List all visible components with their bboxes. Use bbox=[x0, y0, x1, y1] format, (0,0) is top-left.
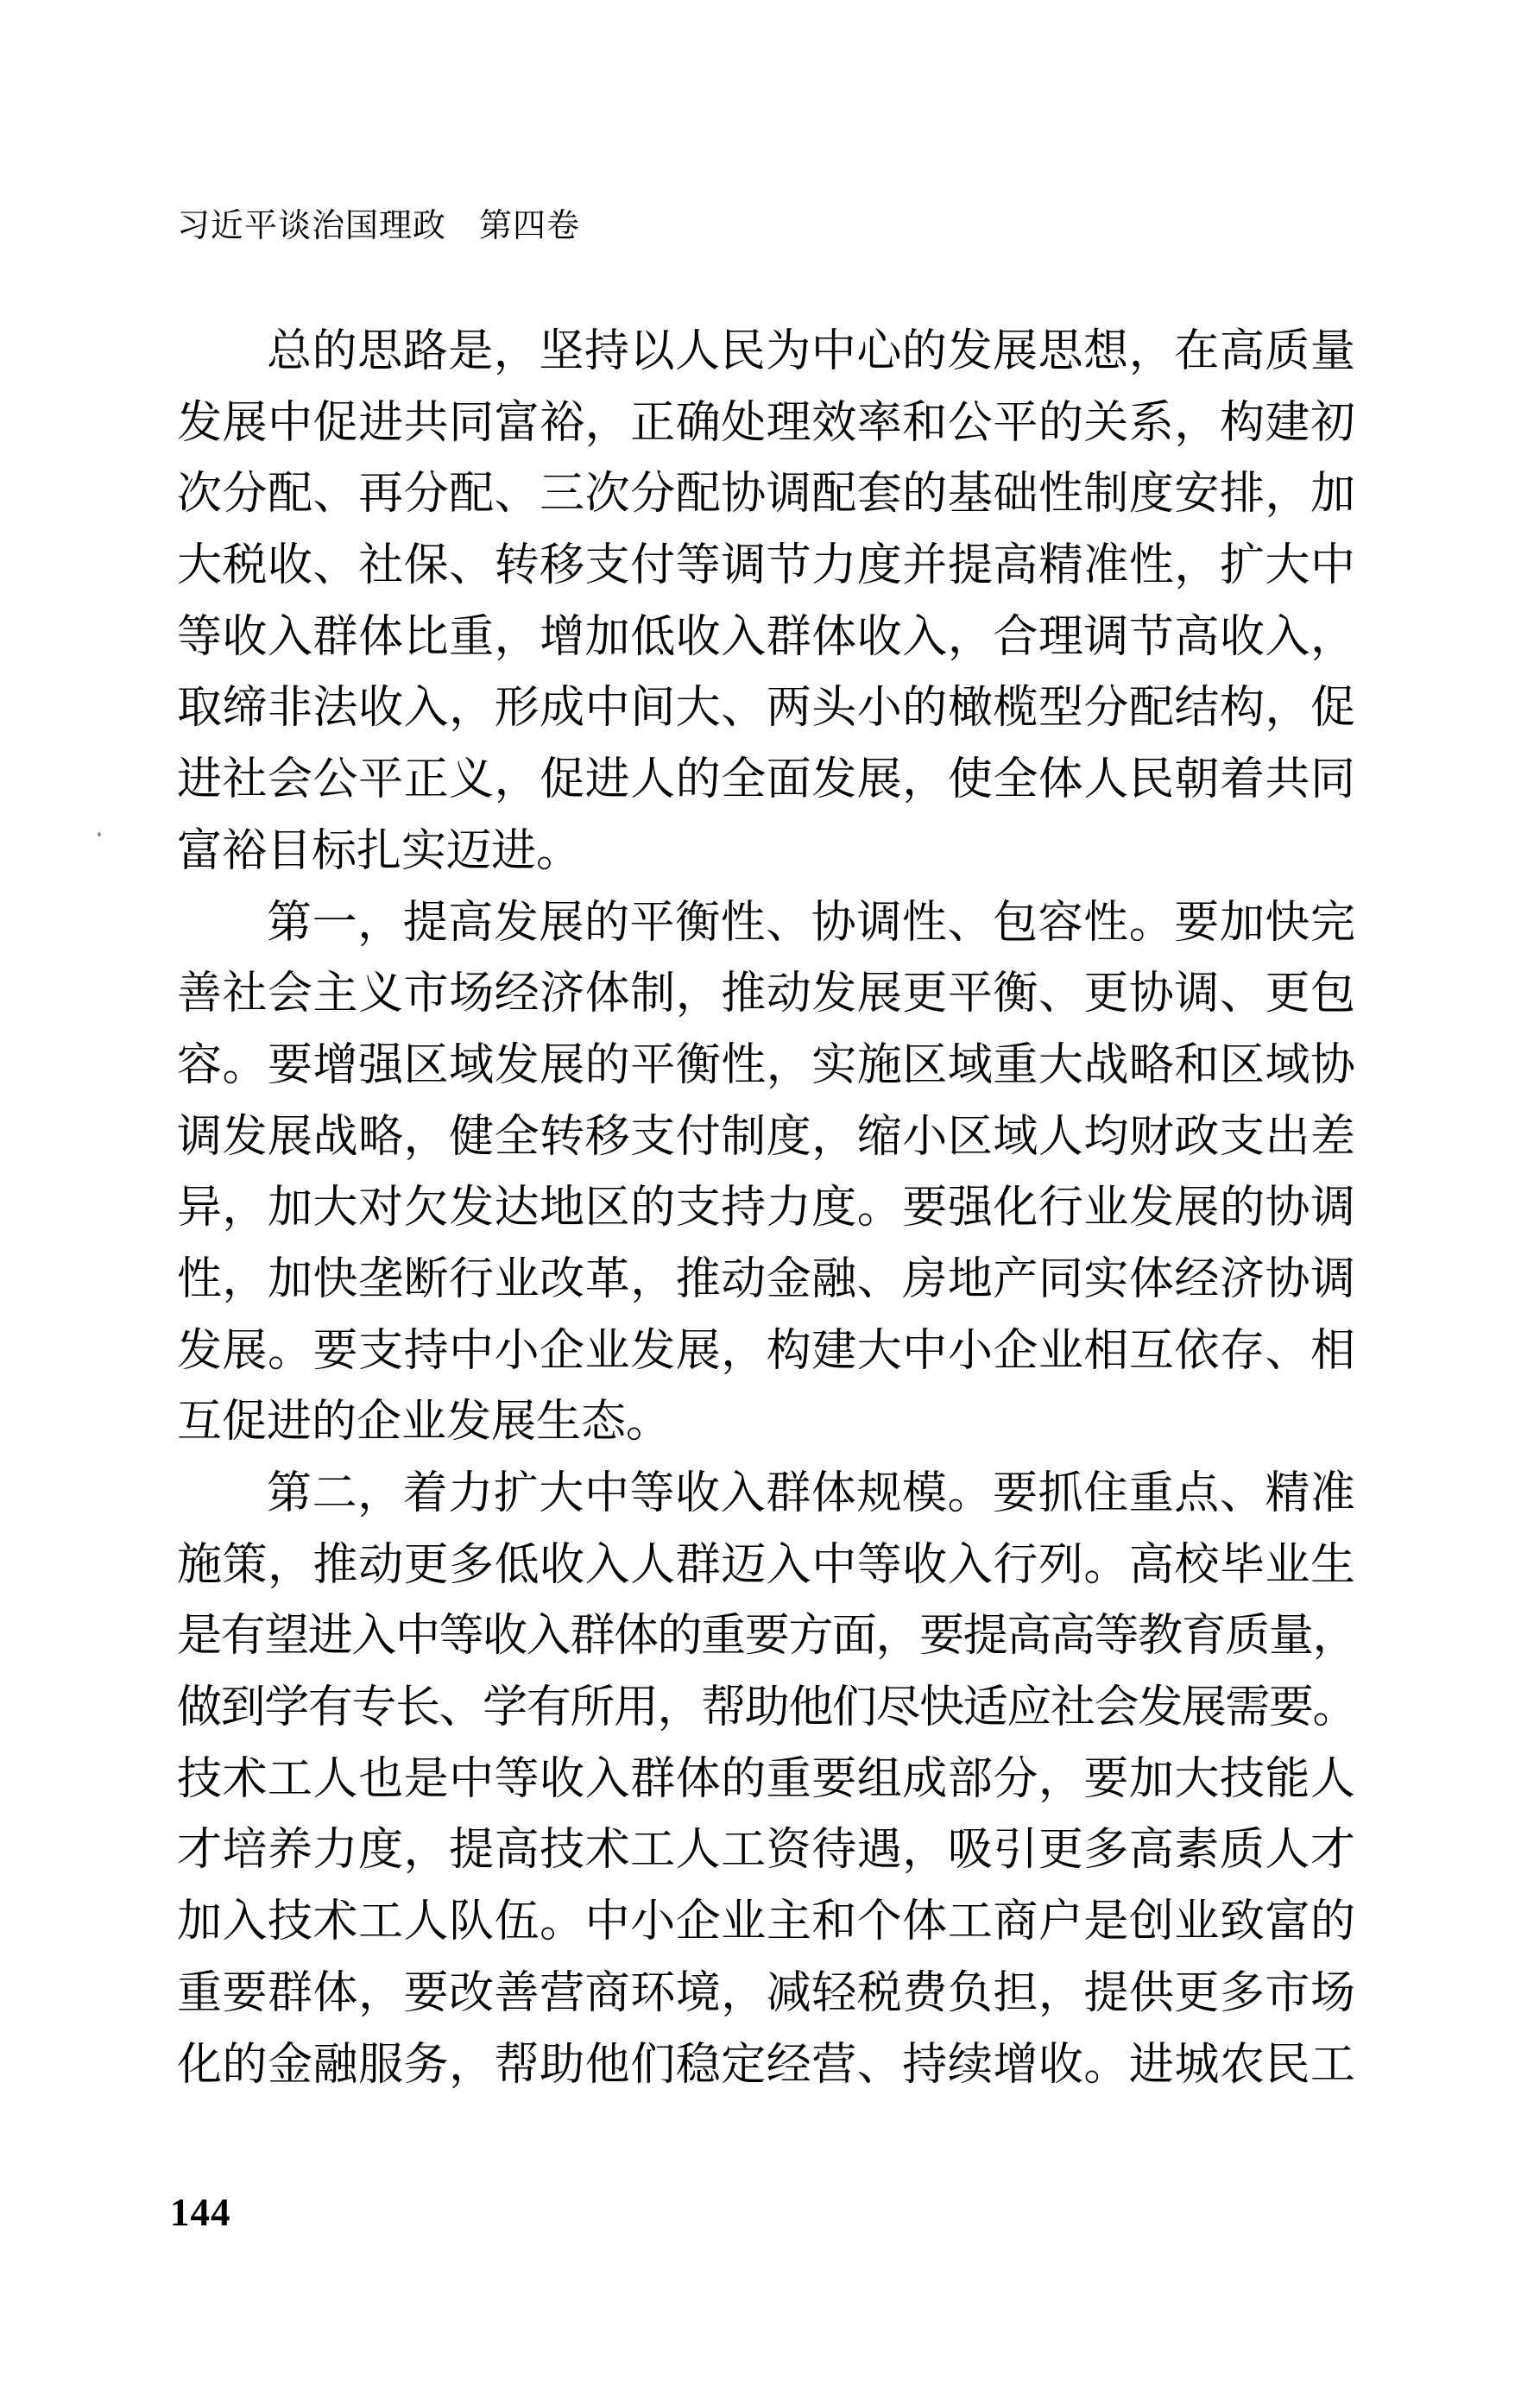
text-line: 技术工人也是中等收入群体的重要组成部分，要加大技能人 bbox=[177, 1745, 1355, 1816]
text-line: 善社会主义市场经济体制，推动发展更平衡、更协调、更包 bbox=[177, 959, 1355, 1031]
text-line: 进社会公平正义，促进人的全面发展，使全体人民朝着共同 bbox=[177, 745, 1355, 817]
text-line: 容。要增强区域发展的平衡性，实施区域重大战略和区域协 bbox=[177, 1031, 1355, 1102]
text-line: 化的金融服务，帮助他们稳定经营、持续增收。进城农民工 bbox=[177, 2030, 1355, 2102]
text-line: 性，加快垄断行业改革，推动金融、房地产同实体经济协调 bbox=[177, 1245, 1355, 1316]
text-line: 次分配、再分配、三次分配协调配套的基础性制度安排，加 bbox=[177, 459, 1355, 531]
body-text: 总的思路是，坚持以人民为中心的发展思想，在高质量发展中促进共同富裕，正确处理效率… bbox=[177, 317, 1355, 2101]
volume-label: 第四卷 bbox=[479, 207, 580, 245]
text-line: 第一，提高发展的平衡性、协调性、包容性。要加快完 bbox=[177, 888, 1355, 960]
text-line: 第二，着力扩大中等收入群体规模。要抓住重点、精准 bbox=[177, 1459, 1355, 1531]
text-line: 取缔非法收入，形成中间大、两头小的橄榄型分配结构，促 bbox=[177, 673, 1355, 745]
text-line: 做到学有专长、学有所用，帮助他们尽快适应社会发展需要。 bbox=[177, 1673, 1355, 1745]
text-line: 重要群体，要改善营商环境，减轻税费负担，提供更多市场 bbox=[177, 1959, 1355, 2030]
running-header: 习近平谈治国理政 第四卷 bbox=[177, 207, 580, 245]
text-line: 互促进的企业发展生态。 bbox=[177, 1387, 1355, 1459]
text-line: 施策，推动更多低收入人群迈入中等收入行列。高校毕业生 bbox=[177, 1531, 1355, 1602]
text-line: 等收入群体比重，增加低收入群体收入，合理调节高收入， bbox=[177, 603, 1355, 674]
text-line: 才培养力度，提高技术工人工资待遇，吸引更多高素质人才 bbox=[177, 1815, 1355, 1887]
text-line: 发展。要支持中小企业发展，构建大中小企业相互依存、相 bbox=[177, 1316, 1355, 1388]
scan-speck-artifact bbox=[98, 832, 101, 836]
text-line: 发展中促进共同富裕，正确处理效率和公平的关系，构建初 bbox=[177, 388, 1355, 460]
text-line: 大税收、社保、转移支付等调节力度并提高精准性，扩大中 bbox=[177, 531, 1355, 603]
text-line: 富裕目标扎实迈进。 bbox=[177, 817, 1355, 888]
text-line: 加入技术工人队伍。中小企业主和个体工商户是创业致富的 bbox=[177, 1887, 1355, 1959]
text-line: 调发展战略，健全转移支付制度，缩小区域人均财政支出差 bbox=[177, 1102, 1355, 1174]
book-title: 习近平谈治国理政 bbox=[177, 207, 446, 245]
text-line: 异，加大对欠发达地区的支持力度。要强化行业发展的协调 bbox=[177, 1173, 1355, 1245]
text-line: 是有望进入中等收入群体的重要方面，要提高高等教育质量， bbox=[177, 1601, 1355, 1673]
book-page: 习近平谈治国理政 第四卷 总的思路是，坚持以人民为中心的发展思想，在高质量发展中… bbox=[0, 0, 1540, 2392]
page-number: 144 bbox=[170, 2193, 231, 2232]
text-line: 总的思路是，坚持以人民为中心的发展思想，在高质量 bbox=[177, 317, 1355, 388]
